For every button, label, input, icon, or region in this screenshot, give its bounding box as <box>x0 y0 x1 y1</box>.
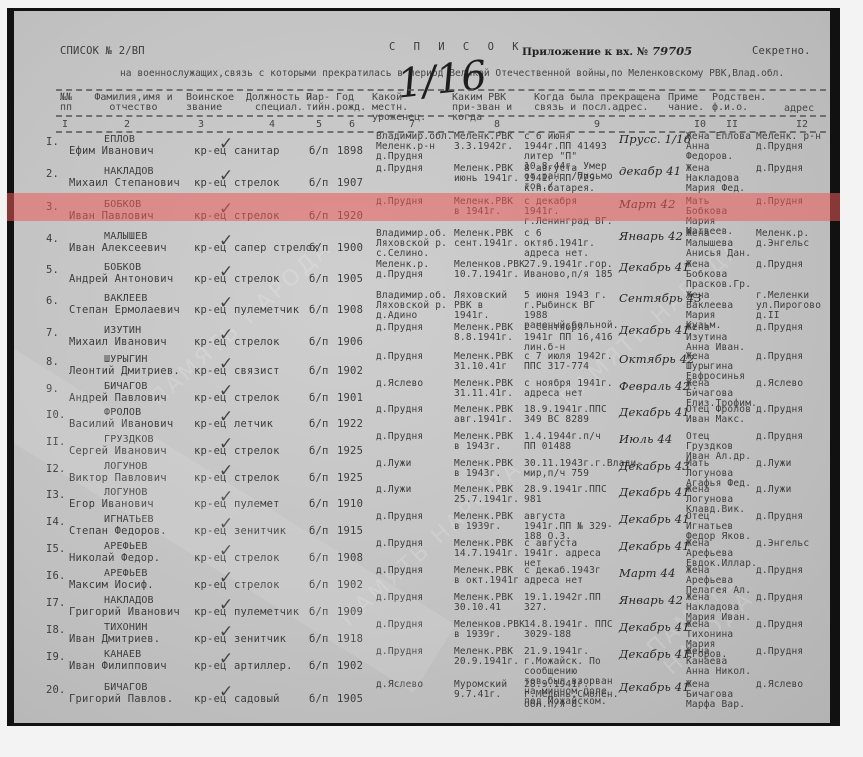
birth-year: 1915 <box>337 525 363 537</box>
position: стрелок <box>234 392 280 404</box>
last-contact: 19.1.1942г.ПП 327. <box>524 593 616 613</box>
given-names: Михаил Иванович <box>69 336 167 348</box>
checkmark-icon: ✓ <box>219 407 233 427</box>
col-num: I <box>62 119 68 130</box>
row-number: I2. <box>46 463 66 475</box>
row-number: I7. <box>46 597 66 609</box>
party-status: б/п <box>309 304 329 316</box>
appendix-label: Приложение к вх. №79705 <box>522 44 692 58</box>
surname: БИЧАГОВ <box>104 682 148 693</box>
position: летчик <box>234 418 273 430</box>
row-number: 9. <box>46 383 59 395</box>
row-number: II. <box>46 436 66 448</box>
position: пулеметчик <box>234 304 299 316</box>
checkmark-icon: ✓ <box>219 541 233 561</box>
relative-address: д.Прудня <box>756 197 826 207</box>
last-contact: 28.9.1941г.ППС 981 <box>524 485 616 505</box>
position: артиллер. <box>234 660 293 672</box>
col-num: 4 <box>269 119 275 130</box>
position: стрелок <box>234 273 280 285</box>
party-status: б/п <box>309 336 329 348</box>
given-names: Григорий Павлов. <box>69 693 173 705</box>
col-num: 6 <box>349 119 355 130</box>
handwritten-note: Март 42 <box>619 197 676 211</box>
party-status: б/п <box>309 552 329 564</box>
col-header-9: Когда была прекращена связь и посл.адрес… <box>534 93 664 113</box>
birth-year: 1907 <box>337 177 363 189</box>
birth-year: 1905 <box>337 273 363 285</box>
drafted-by: Меленк.РВК сент.1941г. <box>454 229 522 249</box>
birthplace: д.Прудня <box>376 566 454 576</box>
given-names: Иван Павлович <box>69 210 154 222</box>
position: стрелок <box>234 210 280 222</box>
document-title: С П И С О К <box>389 41 525 53</box>
surname: АРЕФЬЕВ <box>104 541 148 552</box>
surname: КАНАЕВ <box>104 649 141 660</box>
given-names: Михаил Степанович <box>69 177 180 189</box>
handwritten-note: Прусс. 1/16 <box>619 132 691 146</box>
relative-address: д.Прудня <box>756 512 826 522</box>
position: стрелок <box>234 472 280 484</box>
relative-address: д.Прудня <box>756 566 826 576</box>
col-header-3: Воинское звание <box>186 93 246 113</box>
drafted-by: Муромский 9.7.41г. <box>454 680 522 700</box>
handwritten-note: Январь 42 <box>619 593 683 607</box>
party-status: б/п <box>309 693 329 705</box>
surname: ЛОГУНОВ <box>104 487 148 498</box>
military-rank: кр-ец <box>194 552 227 564</box>
col-header-4: Должность и специал. <box>244 93 314 113</box>
surname: НАКЛАДОВ <box>104 166 154 177</box>
party-status: б/п <box>309 579 329 591</box>
party-status: б/п <box>309 273 329 285</box>
document-scan: ПАМЯТЬ НАРОДА ПАМЯТЬ НАРОДА ПАМЯТЬ НАРОД… <box>7 8 840 726</box>
position: садовый <box>234 693 280 705</box>
drafted-by: Меленк.РВК 20.9.1941г. <box>454 647 522 667</box>
checkmark-icon: ✓ <box>219 293 233 313</box>
checkmark-icon: ✓ <box>219 134 233 154</box>
given-names: Андрей Павлович <box>69 392 167 404</box>
handwritten-note: Январь 42 <box>619 229 683 243</box>
checkmark-icon: ✓ <box>219 262 233 282</box>
given-names: Василий Иванович <box>69 418 173 430</box>
position: стрелок <box>234 579 280 591</box>
birth-year: 1925 <box>337 472 363 484</box>
relative-address: д.Энгельс <box>756 539 826 549</box>
handwritten-note: Декабрь 41 <box>619 405 690 419</box>
row-number: 6. <box>46 295 59 307</box>
drafted-by: Меленк.РВК 25.7.1941г. <box>454 485 522 505</box>
birthplace: Владимир.об. Ляховской р. с.Селино. <box>376 229 454 259</box>
handwritten-note: Декабрь 41 <box>619 647 690 661</box>
relative-name: Жена Бобкова Прасков.Гр. <box>686 260 756 290</box>
given-names: Сергей Иванович <box>69 445 167 457</box>
row-number: I6. <box>46 570 66 582</box>
birthplace: д.Лужи <box>376 459 454 469</box>
drafted-by: Меленк.РВК в окт.1941г <box>454 566 522 586</box>
relative-address: д.Прудня <box>756 405 826 415</box>
handwritten-note: Декабрь 41 <box>619 323 690 337</box>
military-rank: кр-ец <box>194 525 227 537</box>
relative-name: Жена Еплова Анна Федоров. <box>686 132 756 162</box>
row-number: 20. <box>46 684 66 696</box>
given-names: Иван Алексеевич <box>69 242 167 254</box>
position: стрелок <box>234 445 280 457</box>
handwritten-note: Декабрь 43 <box>619 459 690 473</box>
birthplace: д.Прудня <box>376 352 454 362</box>
party-status: б/п <box>309 418 329 430</box>
given-names: Иван Дмитриев. <box>69 633 160 645</box>
party-status: б/п <box>309 660 329 672</box>
given-names: Иван Филиппович <box>69 660 167 672</box>
document-paper: ПАМЯТЬ НАРОДА ПАМЯТЬ НАРОДА ПАМЯТЬ НАРОД… <box>14 11 830 723</box>
party-status: б/п <box>309 606 329 618</box>
birth-year: 1905 <box>337 693 363 705</box>
checkmark-icon: ✓ <box>219 487 233 507</box>
drafted-by: Меленк.РВК 31.10.41г <box>454 352 522 372</box>
surname: НАКЛАДОВ <box>104 595 154 606</box>
drafted-by: Меленков.РВК в 1939г. <box>454 620 522 640</box>
col-header-6: Год рожд. <box>336 93 370 113</box>
checkmark-icon: ✓ <box>219 199 233 219</box>
relative-address: д.Лужи <box>756 485 826 495</box>
relative-name: Жена Изутина Анна Иван. <box>686 323 756 353</box>
relative-address: Меленк. р-н д.Прудня <box>756 132 826 152</box>
relative-address: д.Прудня <box>756 260 826 270</box>
checkmark-icon: ✓ <box>219 682 233 702</box>
party-status: б/п <box>309 633 329 645</box>
birthplace: д.Яслево <box>376 680 454 690</box>
surname: БИЧАГОВ <box>104 381 148 392</box>
last-contact: с Сентября 1941г ПП 16,416 лин.б-н <box>524 323 616 353</box>
checkmark-icon: ✓ <box>219 595 233 615</box>
drafted-by: Меленк.РВК в 1939г. <box>454 512 522 532</box>
birthplace: д.Прудня <box>376 323 454 333</box>
relative-address: д.Яслево <box>756 379 826 389</box>
surname: ИЗУТИН <box>104 325 141 336</box>
birthplace: д.Прудня <box>376 620 454 630</box>
birth-year: 1902 <box>337 579 363 591</box>
drafted-by: Ляховский РВК в 1941г. <box>454 291 522 321</box>
checkmark-icon: ✓ <box>219 166 233 186</box>
table-row: 20.БИЧАГОВГригорий Павлов.кр-ецсадовыйб/… <box>14 684 830 716</box>
row-number: 4. <box>46 233 59 245</box>
last-contact: 8 августа 1941г.ПП 729 к.п.батарея. <box>524 164 616 194</box>
surname: БОБКОВ <box>104 262 141 273</box>
relative-address: д.Лужи <box>756 459 826 469</box>
drafted-by: Меленк.РВК 3.3.1942г. <box>454 132 522 152</box>
surname: ТИХОНИН <box>104 622 148 633</box>
birthplace: д.Прудня <box>376 432 454 442</box>
drafted-by: Меленк.РВК 31.11.41г. <box>454 379 522 399</box>
position: стрелок <box>234 336 280 348</box>
party-status: б/п <box>309 445 329 457</box>
relative-address: д.Прудня <box>756 164 826 174</box>
checkmark-icon: ✓ <box>219 514 233 534</box>
birth-year: 1910 <box>337 498 363 510</box>
birth-year: 1902 <box>337 365 363 377</box>
row-number: I3. <box>46 489 66 501</box>
handwritten-note: декабр 41 <box>619 164 681 178</box>
col-num: I2 <box>796 119 808 130</box>
given-names: Леонтий Дмитриев. <box>69 365 180 377</box>
birthplace: д.Прудня <box>376 593 454 603</box>
birth-year: 1918 <box>337 633 363 645</box>
checkmark-icon: ✓ <box>219 381 233 401</box>
drafted-by: Меленк.РВК авг.1941г. <box>454 405 522 425</box>
birth-year: 1902 <box>337 660 363 672</box>
handwritten-note: Декабрь 41 <box>619 539 690 553</box>
birthplace: д.Прудня <box>376 647 454 657</box>
surname: ФРОЛОВ <box>104 407 141 418</box>
row-number: I9. <box>46 651 66 663</box>
drafted-by: Меленк.РВК 14.7.1941г. <box>454 539 522 559</box>
handwritten-note: Декабрь 41 <box>619 485 690 499</box>
given-names: Николай Федор. <box>69 552 160 564</box>
surname: ГРУЗДКОВ <box>104 434 154 445</box>
col-header-10: Приме чание. <box>668 93 708 113</box>
given-names: Ефим Иванович <box>69 145 154 157</box>
col-num: 9 <box>594 119 600 130</box>
drafted-by: Меленк.РВК в 1943г. <box>454 459 522 479</box>
party-status: б/п <box>309 145 329 157</box>
birthplace: Меленк.р. д.Прудня <box>376 260 454 280</box>
party-status: б/п <box>309 242 329 254</box>
relative-address: д.Прудня <box>756 352 826 362</box>
last-contact: с 7 июля 1942г. ППС 317-774 <box>524 352 616 372</box>
relative-address: г.Меленки ул.Пирогово д.II <box>756 291 826 321</box>
surname: ЛОГУНОВ <box>104 461 148 472</box>
position: зенитчик <box>234 525 286 537</box>
position: сапер стрелок <box>234 242 319 254</box>
position: стрелок <box>234 552 280 564</box>
relative-address: Меленк.р. д.Энгельс <box>756 229 826 249</box>
col-num: 5 <box>316 119 322 130</box>
surname: БОБКОВ <box>104 199 141 210</box>
checkmark-icon: ✓ <box>219 461 233 481</box>
col-num: 8 <box>494 119 500 130</box>
military-rank: кр-ец <box>194 498 227 510</box>
col-header-8: Каким РВК при-зван и когда <box>452 93 528 123</box>
last-contact: с ноября 1941г. адреса нет <box>524 379 616 399</box>
last-contact: 30.11.1943г.г.Влади-мир,п/ч 759 <box>524 459 616 479</box>
party-status: б/п <box>309 177 329 189</box>
last-contact: 28.9.1941г. г.Медынь,Смолен. обл.п/я 8. <box>524 680 616 710</box>
birth-year: 1906 <box>337 336 363 348</box>
row-number: 8. <box>46 356 59 368</box>
row-number: I8. <box>46 624 66 636</box>
relative-address: д.Прудня <box>756 647 826 657</box>
row-number: I0. <box>46 409 66 421</box>
relative-name: Жена Бичагова Марфа Вар. <box>686 680 756 710</box>
checkmark-icon: ✓ <box>219 325 233 345</box>
list-id: СПИСОК № 2/ВП <box>60 45 145 57</box>
relative-name: Отец Фролов Иван Макс. <box>686 405 756 425</box>
birth-year: 1908 <box>337 304 363 316</box>
col-header-11: Родствен. ф.и.о. <box>712 93 772 113</box>
birth-year: 1909 <box>337 606 363 618</box>
relative-address: д.Прудня <box>756 432 826 442</box>
party-status: б/п <box>309 210 329 222</box>
position: пулеметчик <box>234 606 299 618</box>
birthplace: д.Прудня <box>376 539 454 549</box>
birthplace: д.Прудня <box>376 405 454 415</box>
relative-name: Жена Канаева Анна Никол. <box>686 647 756 677</box>
checkmark-icon: ✓ <box>219 434 233 454</box>
row-number: I4. <box>46 516 66 528</box>
checkmark-icon: ✓ <box>219 354 233 374</box>
birthplace: д.Прудня <box>376 512 454 522</box>
row-number: 7. <box>46 327 59 339</box>
handwritten-note: Декабрь 41 <box>619 260 690 274</box>
birth-year: 1901 <box>337 392 363 404</box>
handwritten-note: Декабрь 41 <box>619 680 690 694</box>
col-num: 3 <box>198 119 204 130</box>
surname: ЕПЛОВ <box>104 134 135 145</box>
drafted-by: Меленк.РВК в 1943г. <box>454 432 522 452</box>
last-contact: с 6 октяб.1941г. адреса нет. <box>524 229 616 259</box>
relative-name: Жена Накладова Мария Фед. <box>686 164 756 194</box>
relative-address: д.Прудня <box>756 593 826 603</box>
checkmark-icon: ✓ <box>219 231 233 251</box>
col-header-7: Какой местн. уроженец. <box>372 93 442 123</box>
surname: АРЕФЬЕВ <box>104 568 148 579</box>
relative-address: д.Прудня <box>756 323 826 333</box>
birth-year: 1925 <box>337 445 363 457</box>
birth-year: 1900 <box>337 242 363 254</box>
row-number: 5. <box>46 264 59 276</box>
drafted-by: Меленк.РВК июнь 1941г. <box>454 164 522 184</box>
col-header-5: Пар-тийн. <box>306 93 336 113</box>
last-contact: 27.9.1941г.гор. Иваново,п/я 185 <box>524 260 616 280</box>
position: зенитчик <box>234 633 286 645</box>
col-header-1: №№ пп <box>60 93 84 113</box>
birth-year: 1920 <box>337 210 363 222</box>
given-names: Григорий Иванович <box>69 606 180 618</box>
surname: ИГНАТЬЕВ <box>104 514 154 525</box>
handwritten-note: Февраль 42 <box>619 379 690 393</box>
handwritten-note: Март 44 <box>619 566 676 580</box>
handwritten-note: Октябрь 42 <box>619 352 695 366</box>
birth-year: 1922 <box>337 418 363 430</box>
surname: ШУРЫГИН <box>104 354 148 365</box>
last-contact: 1.4.1944г.п/ч ПП 01488 <box>524 432 616 452</box>
last-contact: с декаб.1943г адреса нет <box>524 566 616 586</box>
drafted-by: Меленк.РВК в 1941г. <box>454 197 522 217</box>
classification: Секретно. <box>752 45 811 57</box>
col-header-12: адрес <box>784 103 814 114</box>
given-names: Егор Иванович <box>69 498 154 510</box>
drafted-by: Меленк.РВК 30.10.41 <box>454 593 522 613</box>
row-number: 2. <box>46 168 59 180</box>
position: пулемет <box>234 498 280 510</box>
relative-address: д.Яслево <box>756 680 826 690</box>
handwritten-note: Июль 44 <box>619 432 672 446</box>
birthplace: Владимир.об. Ляховской р. д.Адино <box>376 291 454 321</box>
party-status: б/п <box>309 525 329 537</box>
handwritten-note: Декабрь 41 <box>619 512 690 526</box>
handwritten-note: Декабрь 41 <box>619 620 690 634</box>
col-header-2: Фамилия,имя и отчество <box>86 93 181 113</box>
party-status: б/п <box>309 392 329 404</box>
last-contact: 18.9.1941г.ППС 349 ВС 8289 <box>524 405 616 425</box>
checkmark-icon: ✓ <box>219 568 233 588</box>
birthplace: д.Яслево <box>376 379 454 389</box>
given-names: Степан Федоров. <box>69 525 167 537</box>
given-names: Виктор Павлович <box>69 472 167 484</box>
col-num: II <box>726 119 738 130</box>
drafted-by: Меленк.РВК 8.8.1941г. <box>454 323 522 343</box>
last-contact: 14.8.1941г. ППС 3029-188 <box>524 620 616 640</box>
last-contact: с декабря 1941г. г.Ленинград ВГ. <box>524 197 616 227</box>
col-num: 7 <box>409 119 415 130</box>
relative-address: д.Прудня <box>756 620 826 630</box>
position: санитар <box>234 145 280 157</box>
party-status: б/п <box>309 365 329 377</box>
surname: МАЛЫШЕВ <box>104 231 148 242</box>
checkmark-icon: ✓ <box>219 649 233 669</box>
relative-name: Жена Малышева Анисья Дан. <box>686 229 756 259</box>
party-status: б/п <box>309 498 329 510</box>
given-names: Максим Иосиф. <box>69 579 154 591</box>
drafted-by: Меленков.РВК 10.7.1941г. <box>454 260 522 280</box>
party-status: б/п <box>309 472 329 484</box>
birthplace: д.Лужи <box>376 485 454 495</box>
birth-year: 1908 <box>337 552 363 564</box>
col-num: 2 <box>124 119 130 130</box>
checkmark-icon: ✓ <box>219 622 233 642</box>
given-names: Степан Ермолаевич <box>69 304 180 316</box>
birth-year: 1898 <box>337 145 363 157</box>
birthplace: Владимир.обл. Меленк.р-н д.Прудня <box>376 132 454 162</box>
row-number: I5. <box>46 543 66 555</box>
birthplace: д.Прудня <box>376 164 454 174</box>
col-num: I0 <box>694 119 706 130</box>
surname: ВАКЛЕЕВ <box>104 293 148 304</box>
given-names: Андрей Антонович <box>69 273 173 285</box>
position: стрелок <box>234 177 280 189</box>
position: связист <box>234 365 280 377</box>
row-number: I. <box>46 136 59 148</box>
birthplace: д.Прудня <box>376 197 454 207</box>
row-number: 3. <box>46 201 59 213</box>
